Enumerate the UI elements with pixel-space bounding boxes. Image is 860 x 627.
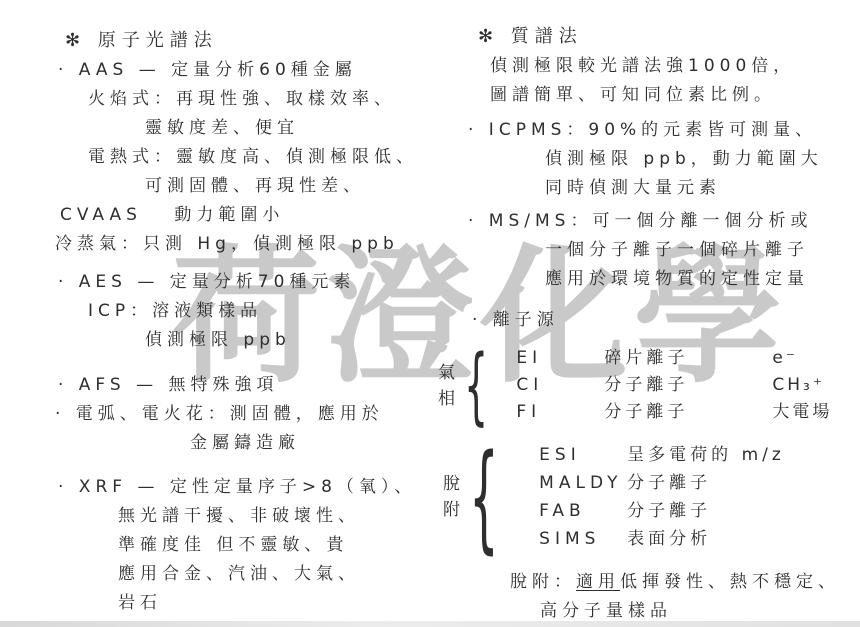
note-line-flame: 火焰式：再現性強、取樣效率、 xyxy=(88,85,475,114)
mass-spectrometry-header: ✻ 質譜法 xyxy=(478,22,858,52)
ion-note: e⁻ xyxy=(772,345,797,372)
ion-source-header: · 離子源 xyxy=(472,306,858,335)
ion-product: 分子離子 xyxy=(604,372,772,399)
desorption-note-2: 高分子量樣品 xyxy=(540,597,858,626)
note-line-cold-vapor: 冷蒸氣：只測 Hg，偵測極限 ppb xyxy=(55,230,475,259)
note-line-icpms-3: 同時偵測大量元素 xyxy=(545,174,858,203)
ion-acronym: FI xyxy=(516,399,604,426)
desorption-note-rest: 低揮發性、熱不穩定、 xyxy=(620,572,840,592)
ion-note: 大電場 xyxy=(772,399,832,426)
ion-product: 呈多電荷的 m/z xyxy=(627,441,795,469)
note-line-arc-spark-2: 金屬鑄造廠 xyxy=(190,429,475,458)
mass-spectrometry-column: ✻ 質譜法 偵測極限較光譜法強1000倍， 圖譜簡單、可知同位素比例。 · IC… xyxy=(438,22,858,626)
ion-product: 表面分析 xyxy=(627,525,795,553)
gas-phase-brace: { xyxy=(464,337,488,435)
ion-row-fab: FAB 分子離子 xyxy=(539,497,795,525)
note-line-electrothermal: 電熱式：靈敏度高、偵測極限低、 xyxy=(88,143,475,172)
ion-acronym: CI xyxy=(516,372,604,399)
gas-phase-label: 氣相 xyxy=(438,360,464,412)
note-line-ms-intro-2: 圖譜簡單、可知同位素比例。 xyxy=(490,81,858,110)
desorption-note-prefix: 脫附： xyxy=(510,572,576,592)
desorption-group: 脫附 { ESI 呈多電荷的 m/z MALDY 分子離子 FAB 分子離子 S… xyxy=(438,436,858,558)
note-line-aes: · AES — 定量分析70種元素 xyxy=(58,268,475,297)
ion-note: CH₃⁺ xyxy=(772,372,824,399)
note-line-msms-3: 應用於環境物質的定性定量 xyxy=(545,265,858,294)
note-line-icp-2: 偵測極限 ppb xyxy=(145,326,475,355)
note-line-ms-intro: 偵測極限較光譜法強1000倍， xyxy=(490,52,858,81)
note-line-xrf-2: 無光譜干擾、非破壞性、 xyxy=(118,502,475,531)
atomic-spectroscopy-header: ✻ 原子光譜法 xyxy=(65,26,475,56)
ion-product: 分子離子 xyxy=(627,497,795,525)
note-line-icp: ICP：溶液類樣品 xyxy=(88,297,475,326)
ion-row-sims: SIMS 表面分析 xyxy=(539,525,795,553)
note-line-flame-2: 靈敏度差、便宜 xyxy=(145,114,475,143)
note-line-cvaas: CVAAS 動力範圍小 xyxy=(60,201,475,230)
ion-acronym: MALDY xyxy=(539,469,627,497)
desorption-note-underlined: 適用 xyxy=(576,572,620,592)
note-line-msms: · MS/MS：可一個分離一個分析或 xyxy=(468,207,858,236)
ion-product: 分子離子 xyxy=(604,399,772,426)
gas-phase-group: 氣相 { EI 碎片離子 e⁻ CI 分子離子 CH₃⁺ FI 分子離子 大電場 xyxy=(438,341,858,430)
desorption-note: 脫附：適用低揮發性、熱不穩定、 xyxy=(510,568,858,597)
note-line-xrf-4: 應用合金、汽油、大氣、 xyxy=(118,560,475,589)
note-line-xrf-5: 岩石 xyxy=(118,589,475,618)
ion-product: 分子離子 xyxy=(627,469,795,497)
desorption-brace: { xyxy=(469,429,499,566)
ion-acronym: ESI xyxy=(539,441,627,469)
ion-acronym: FAB xyxy=(539,497,627,525)
note-line-electrothermal-2: 可測固體、再現性差、 xyxy=(145,172,475,201)
atomic-spectroscopy-column: ✻ 原子光譜法 · AAS — 定量分析60種金屬 火焰式：再現性強、取樣效率、… xyxy=(55,26,475,618)
ion-product: 碎片離子 xyxy=(604,345,772,372)
note-line-afs: · AFS — 無特殊強項 xyxy=(58,371,475,400)
ion-row-esi: ESI 呈多電荷的 m/z xyxy=(539,441,795,469)
ion-acronym: EI xyxy=(516,345,604,372)
desorption-label: 脫附 xyxy=(443,471,469,523)
note-line-icpms-2: 偵測極限 ppb，動力範圍大 xyxy=(545,145,858,174)
note-line-arc-spark: · 電弧、電火花：測固體，應用於 xyxy=(55,400,475,429)
note-line-aas: · AAS — 定量分析60種金屬 xyxy=(58,56,475,85)
ion-row-fi: FI 分子離子 大電場 xyxy=(516,399,832,426)
ion-row-ei: EI 碎片離子 e⁻ xyxy=(516,345,832,372)
note-line-xrf-3: 準確度佳 但不靈敏、貴 xyxy=(118,531,475,560)
ion-row-ci: CI 分子離子 CH₃⁺ xyxy=(516,372,832,399)
ion-acronym: SIMS xyxy=(539,525,627,553)
note-line-msms-2: 一個分子離子一個碎片離子 xyxy=(545,236,858,265)
note-line-icpms: · ICPMS：90%的元素皆可測量、 xyxy=(468,116,858,145)
ion-row-maldy: MALDY 分子離子 xyxy=(539,469,795,497)
note-line-xrf: · XRF — 定性定量序子>8（氧）、 xyxy=(58,473,475,502)
